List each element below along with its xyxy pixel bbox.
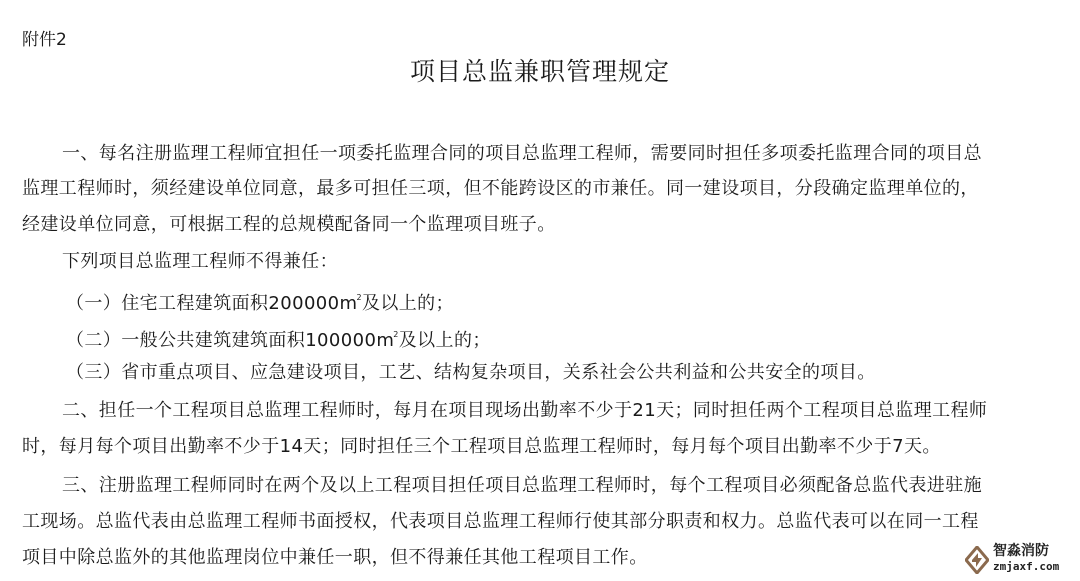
- paragraph-1-line-1: 一、每名注册监理工程师宜担任一项委托监理合同的项目总监理工程师，需要同时担任多项…: [62, 142, 982, 166]
- paragraph-3-line-1: 三、注册监理工程师同时在两个及以上工程项目担任项目总监理工程师时，每个工程项目必…: [62, 474, 982, 498]
- paragraph-1-line-2: 监理工程师时，须经建设单位同意，最多可担任三项，但不能跨设区的市兼任。同一建设项…: [22, 177, 979, 201]
- watermark: 智淼消防 zmjaxf.com: [965, 543, 1075, 577]
- watermark-url: zmjaxf.com: [993, 560, 1059, 573]
- item-suffix: 及以上的；: [362, 293, 454, 314]
- unit-m: m: [340, 293, 358, 314]
- exclusion-item-3: （三）省市重点项目、应急建设项目，工艺、结构复杂项目，关系社会公共利益和公共安全…: [66, 361, 876, 385]
- exclusion-item-2: （二）一般公共建筑建筑面积100000m2及以上的；: [66, 323, 491, 353]
- exclusion-item-2-text: （二）一般公共建筑建筑面积100000: [66, 330, 376, 351]
- document-title: 项目总监兼职管理规定: [0, 56, 1080, 88]
- paragraph-3-line-3: 项目中除总监外的其他监理岗位中兼任一职，但不得兼任其他工程项目工作。: [22, 546, 648, 570]
- exclusion-item-1-text: （一）住宅工程建筑面积200000: [66, 293, 340, 314]
- unit-m: m: [376, 330, 394, 351]
- paragraph-1-line-3: 经建设单位同意，可根据工程的总规模配备同一个监理项目班子。: [22, 213, 556, 237]
- paragraph-2-line-1: 二、担任一个工程项目总监理工程师时，每月在项目现场出勤率不少于21天；同时担任两…: [62, 399, 987, 423]
- exclusion-intro: 下列项目总监理工程师不得兼任：: [62, 250, 338, 274]
- watermark-name: 智淼消防: [993, 543, 1049, 559]
- paragraph-2-line-2: 时，每月每个项目出勤率不少于14天；同时担任三个工程项目总监理工程师时，每月每个…: [22, 435, 941, 459]
- exclusion-item-1: （一）住宅工程建筑面积200000m2及以上的；: [66, 286, 454, 316]
- item-suffix: 及以上的；: [399, 330, 491, 351]
- diamond-logo-icon: [965, 546, 989, 574]
- paragraph-3-line-2: 工现场。总监代表由总监理工程师书面授权，代表项目总监理工程师行使其部分职责和权力…: [22, 510, 979, 534]
- attachment-label: 附件2: [22, 30, 67, 50]
